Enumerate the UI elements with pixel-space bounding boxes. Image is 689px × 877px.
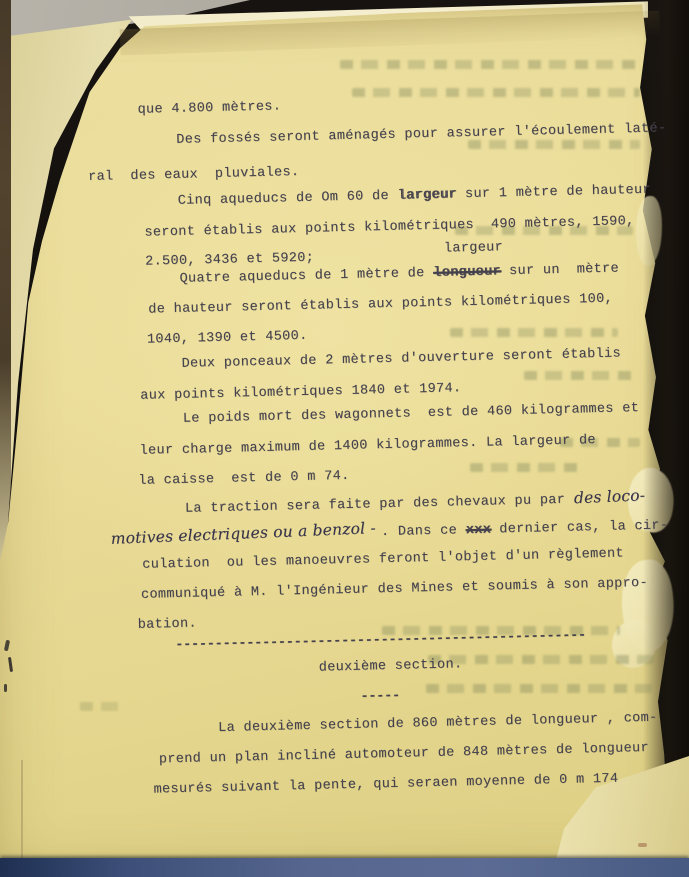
struck-out-word: xxx — [465, 523, 491, 539]
typed-line: mesurés suivant la pente, qui seraen moy… — [153, 772, 618, 798]
typed-line: Cinq aqueducs de Om 60 de largeur sur 1 … — [178, 183, 652, 209]
typed-segment: La traction sera faite par des chevaux p… — [185, 493, 574, 517]
typed-interline-correction: largeur — [444, 240, 504, 256]
typed-line: 2.500, 3436 et 5920; — [145, 251, 314, 270]
struck-out-word: longueur — [433, 264, 501, 281]
ink-speck — [4, 684, 7, 692]
section-separator-short: ----- — [360, 689, 400, 705]
typed-segment: dernier cas, la cir- — [491, 518, 669, 537]
typed-line: La traction sera faite par des chevaux p… — [185, 487, 645, 517]
typed-line: bation. — [138, 617, 198, 633]
typed-line: leur charge maximum de 1400 kilogrammes.… — [139, 433, 596, 459]
typed-line: que 4.800 mètres. — [137, 99, 281, 117]
typed-line: aux points kilométriques 1840 et 1974. — [140, 381, 461, 404]
typed-line: de hauteur seront établis aux points kil… — [148, 292, 613, 318]
typed-line: ral des eaux pluviales. — [88, 165, 300, 185]
typed-segment: Cinq aqueducs de Om 60 de — [178, 189, 398, 209]
section-heading: deuxième section. — [319, 657, 463, 675]
typed-line: la caisse est de 0 m 74. — [138, 469, 350, 489]
typed-line: prend un plan incliné automoteur de 848 … — [159, 741, 649, 768]
typed-text-block: que 4.800 mètres. Des fossés seront amén… — [0, 0, 689, 877]
typed-line: communiqué à M. l'Ingénieur des Mines et… — [141, 576, 648, 603]
typed-line: seront établis aux points kilométriques … — [144, 214, 634, 241]
section-separator-dashes: ----------------------------------------… — [175, 628, 586, 653]
typed-line: Deux ponceaux de 2 mètres d'ouverture se… — [181, 346, 621, 371]
handwritten-correction: des loco- — [573, 486, 645, 507]
typed-segment: . Dans ce — [381, 523, 466, 540]
typed-line: La deuxième section de 860 mètres de lon… — [218, 711, 658, 736]
photo-of-document: que 4.800 mètres. Des fossés seront amén… — [0, 0, 689, 877]
typed-line: Le poids mort des wagonnets est de 460 k… — [183, 401, 640, 427]
typed-segment: sur 1 mètre de hauteur — [456, 183, 651, 203]
typed-line: Des fossés seront aménagés pour assurer … — [176, 121, 666, 148]
typed-segment: Quatre aqueducs de 1 mètre de — [179, 266, 433, 287]
typed-segment: sur un mètre — [501, 261, 620, 279]
typed-line: motives electriques ou a benzol - . Dans… — [110, 514, 668, 546]
typed-line: culation ou les manoeuvres feront l'obje… — [142, 546, 624, 572]
handwritten-correction: motives electriques ou a benzol - — [110, 519, 381, 548]
overtyped-word: largeur — [397, 187, 457, 203]
typed-line: 1040, 1390 et 4500. — [147, 329, 308, 348]
